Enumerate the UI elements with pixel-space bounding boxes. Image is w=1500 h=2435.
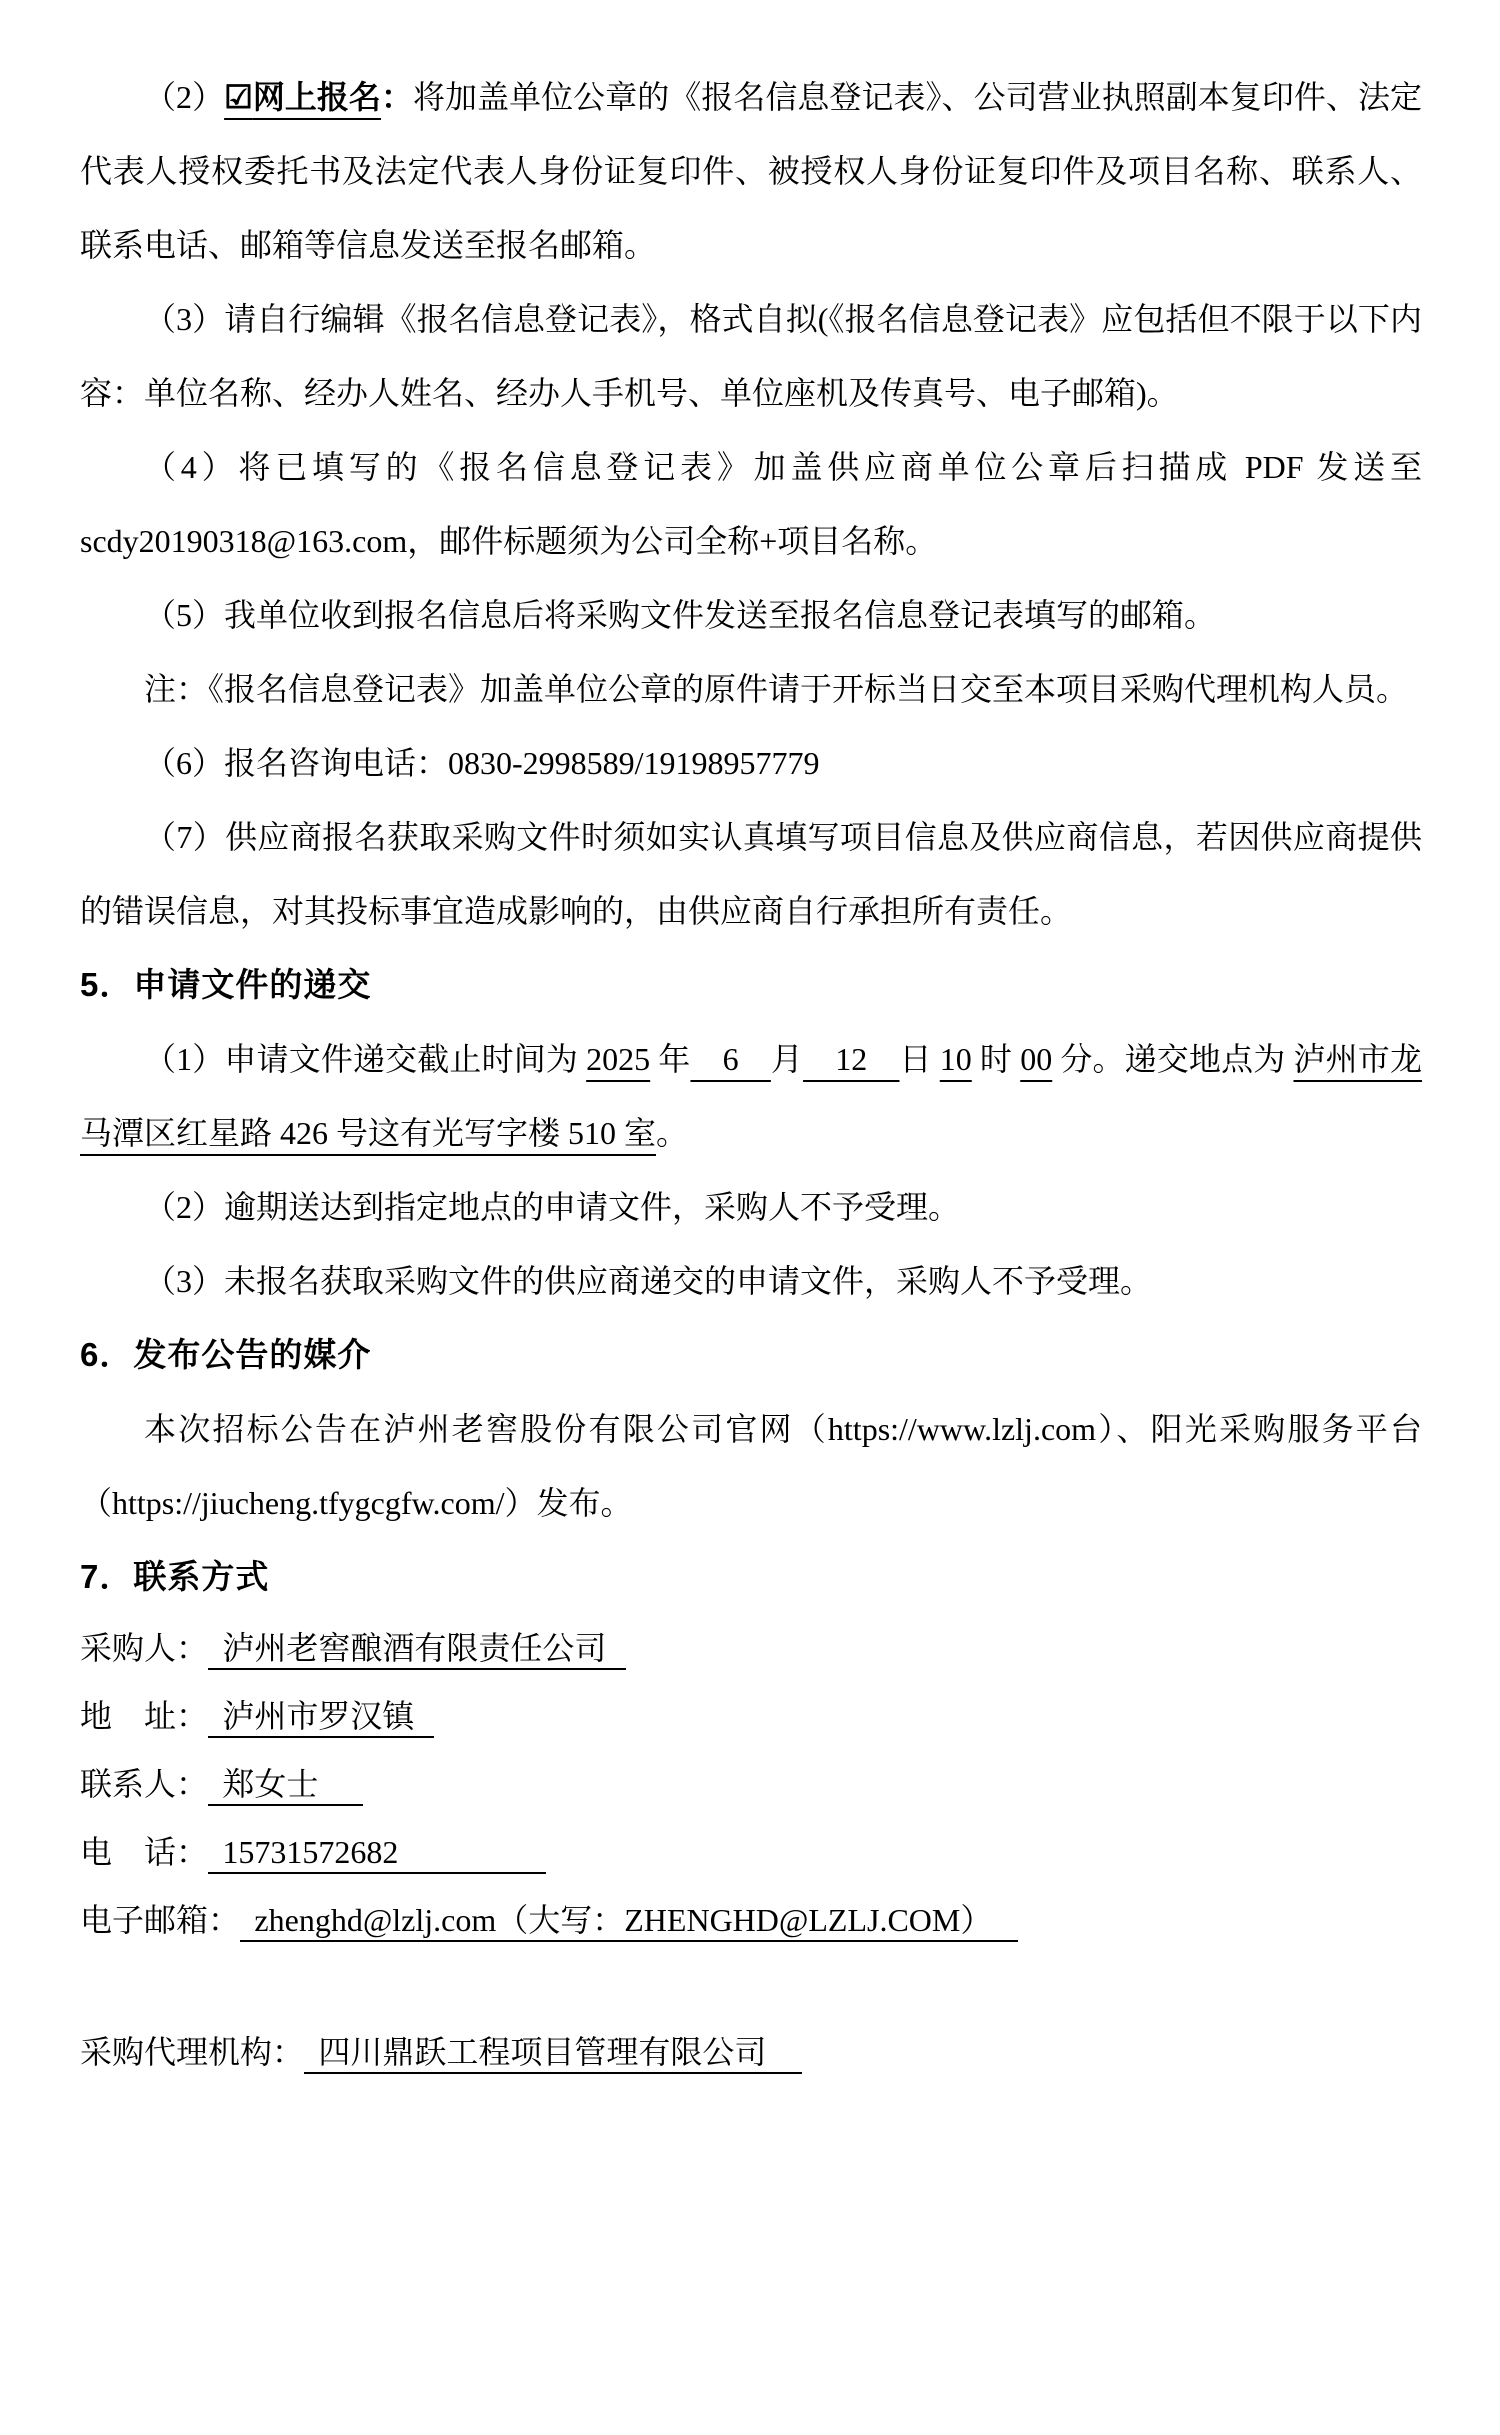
person-label: 联系人： xyxy=(80,1766,208,1802)
text-segment: 时 xyxy=(972,1041,1020,1077)
paragraph-registration-form-format: （3）请自行编辑《报名信息登记表》，格式自拟(《报名信息登记表》应包括但不限于以… xyxy=(80,282,1422,430)
paragraph-registration-phone: （6）报名咨询电话：0830-2998589/19198957779 xyxy=(80,726,1422,800)
text-segment: （3）请自行编辑《报名信息登记表》，格式自拟(《报名信息登记表》应包括但不限于以… xyxy=(80,301,1422,411)
heading-section-7-contact: 7．联系方式 xyxy=(80,1540,1422,1614)
phone-value: 15731572682 xyxy=(208,1834,546,1874)
paragraph-supplier-info-responsibility: （7）供应商报名获取采购文件时须如实认真填写项目信息及供应商信息，若因供应商提供… xyxy=(80,800,1422,948)
text-segment: 网上报名 xyxy=(253,79,381,115)
vertical-gap xyxy=(80,1954,1422,2018)
text-segment: （7）供应商报名获取采购文件时须如实认真填写项目信息及供应商信息，若因供应商提供… xyxy=(80,819,1422,929)
contact-line-address: 地 址：泸州市罗汉镇 xyxy=(80,1682,1422,1750)
text-segment: 日 xyxy=(899,1041,939,1077)
agency-label: 采购代理机构： xyxy=(80,2034,304,2070)
contact-line-phone: 电 话：15731572682 xyxy=(80,1818,1422,1886)
phone-label: 电 话： xyxy=(80,1834,208,1870)
contact-line-purchaser: 采购人：泸州老窖酿酒有限责任公司 xyxy=(80,1614,1422,1682)
paragraph-late-submission: （2）逾期送达到指定地点的申请文件，采购人不予受理。 xyxy=(80,1170,1422,1244)
text-segment: 6 xyxy=(690,1041,770,1077)
text-segment: ： xyxy=(381,79,413,115)
person-value: 郑女士 xyxy=(208,1766,363,1806)
text-segment: （2） xyxy=(144,79,224,115)
text-segment: 年 xyxy=(650,1041,690,1077)
text-segment: 注：《报名信息登记表》加盖单位公章的原件请于开标当日交至本项目采购代理机构人员。 xyxy=(144,671,1408,707)
email-value: zhenghd@lzlj.com（大写：ZHENGHD@LZLJ.COM） xyxy=(240,1902,1018,1942)
text-segment: （4）将已填写的《报名信息登记表》加盖供应商单位公章后扫描成 PDF 发送至 s… xyxy=(80,449,1422,559)
heading-section-5-submission: 5．申请文件的递交 xyxy=(80,948,1422,1022)
contact-block: 采购人：泸州老窖酿酒有限责任公司 地 址：泸州市罗汉镇 联系人：郑女士 电 话：… xyxy=(80,1614,1422,1954)
paragraph-submission-deadline: （1）申请文件递交截止时间为 2025 年 6 月 12 日 10 时 00 分… xyxy=(80,1022,1422,1170)
address-label: 地 址： xyxy=(80,1698,208,1734)
document-page: （2）☑网上报名：将加盖单位公章的《报名信息登记表》、公司营业执照副本复印件、法… xyxy=(0,0,1500,2435)
text-segment: （6）报名咨询电话：0830-2998589/19198957779 xyxy=(144,745,820,781)
paragraph-announcement-media: 本次招标公告在泸州老窖股份有限公司官网（https://www.lzlj.com… xyxy=(80,1392,1422,1540)
text-segment: 12 xyxy=(803,1041,899,1077)
contact-line-agency: 采购代理机构：四川鼎跃工程项目管理有限公司 xyxy=(80,2018,1422,2086)
contact-line-email: 电子邮箱：zhenghd@lzlj.com（大写：ZHENGHD@LZLJ.CO… xyxy=(80,1886,1422,1954)
paragraph-online-registration: （2）☑网上报名：将加盖单位公章的《报名信息登记表》、公司营业执照副本复印件、法… xyxy=(80,60,1422,282)
text-segment: （2）逾期送达到指定地点的申请文件，采购人不予受理。 xyxy=(144,1189,960,1225)
contact-line-person: 联系人：郑女士 xyxy=(80,1750,1422,1818)
paragraph-document-delivery-to-email: （5）我单位收到报名信息后将采购文件发送至报名信息登记表填写的邮箱。 xyxy=(80,578,1422,652)
purchaser-label: 采购人： xyxy=(80,1630,208,1666)
text-segment: 本次招标公告在泸州老窖股份有限公司官网（https://www.lzlj.com… xyxy=(80,1411,1422,1521)
agency-value: 四川鼎跃工程项目管理有限公司 xyxy=(304,2034,802,2074)
paragraph-note-original-form: 注：《报名信息登记表》加盖单位公章的原件请于开标当日交至本项目采购代理机构人员。 xyxy=(80,652,1422,726)
text-segment: （5）我单位收到报名信息后将采购文件发送至报名信息登记表填写的邮箱。 xyxy=(144,597,1216,633)
email-label: 电子邮箱： xyxy=(80,1902,240,1938)
text-segment: 10 xyxy=(940,1041,972,1077)
address-value: 泸州市罗汉镇 xyxy=(208,1698,434,1738)
heading-section-6-media: 6．发布公告的媒介 xyxy=(80,1318,1422,1392)
purchaser-value: 泸州老窖酿酒有限责任公司 xyxy=(208,1630,626,1670)
text-segment: （3）未报名获取采购文件的供应商递交的申请文件，采购人不予受理。 xyxy=(144,1263,1152,1299)
text-segment: 00 xyxy=(1020,1041,1052,1077)
paragraph-pdf-email-submission: （4）将已填写的《报名信息登记表》加盖供应商单位公章后扫描成 PDF 发送至 s… xyxy=(80,430,1422,578)
text-segment: 分。递交地点为 xyxy=(1052,1041,1293,1077)
checked-checkbox-icon: ☑ xyxy=(224,79,253,115)
text-segment: 2025 xyxy=(586,1041,650,1077)
paragraph-unregistered-submission: （3）未报名获取采购文件的供应商递交的申请文件，采购人不予受理。 xyxy=(80,1244,1422,1318)
text-segment: 。 xyxy=(656,1115,688,1151)
text-segment: （1）申请文件递交截止时间为 xyxy=(144,1041,586,1077)
text-segment: 月 xyxy=(771,1041,803,1077)
